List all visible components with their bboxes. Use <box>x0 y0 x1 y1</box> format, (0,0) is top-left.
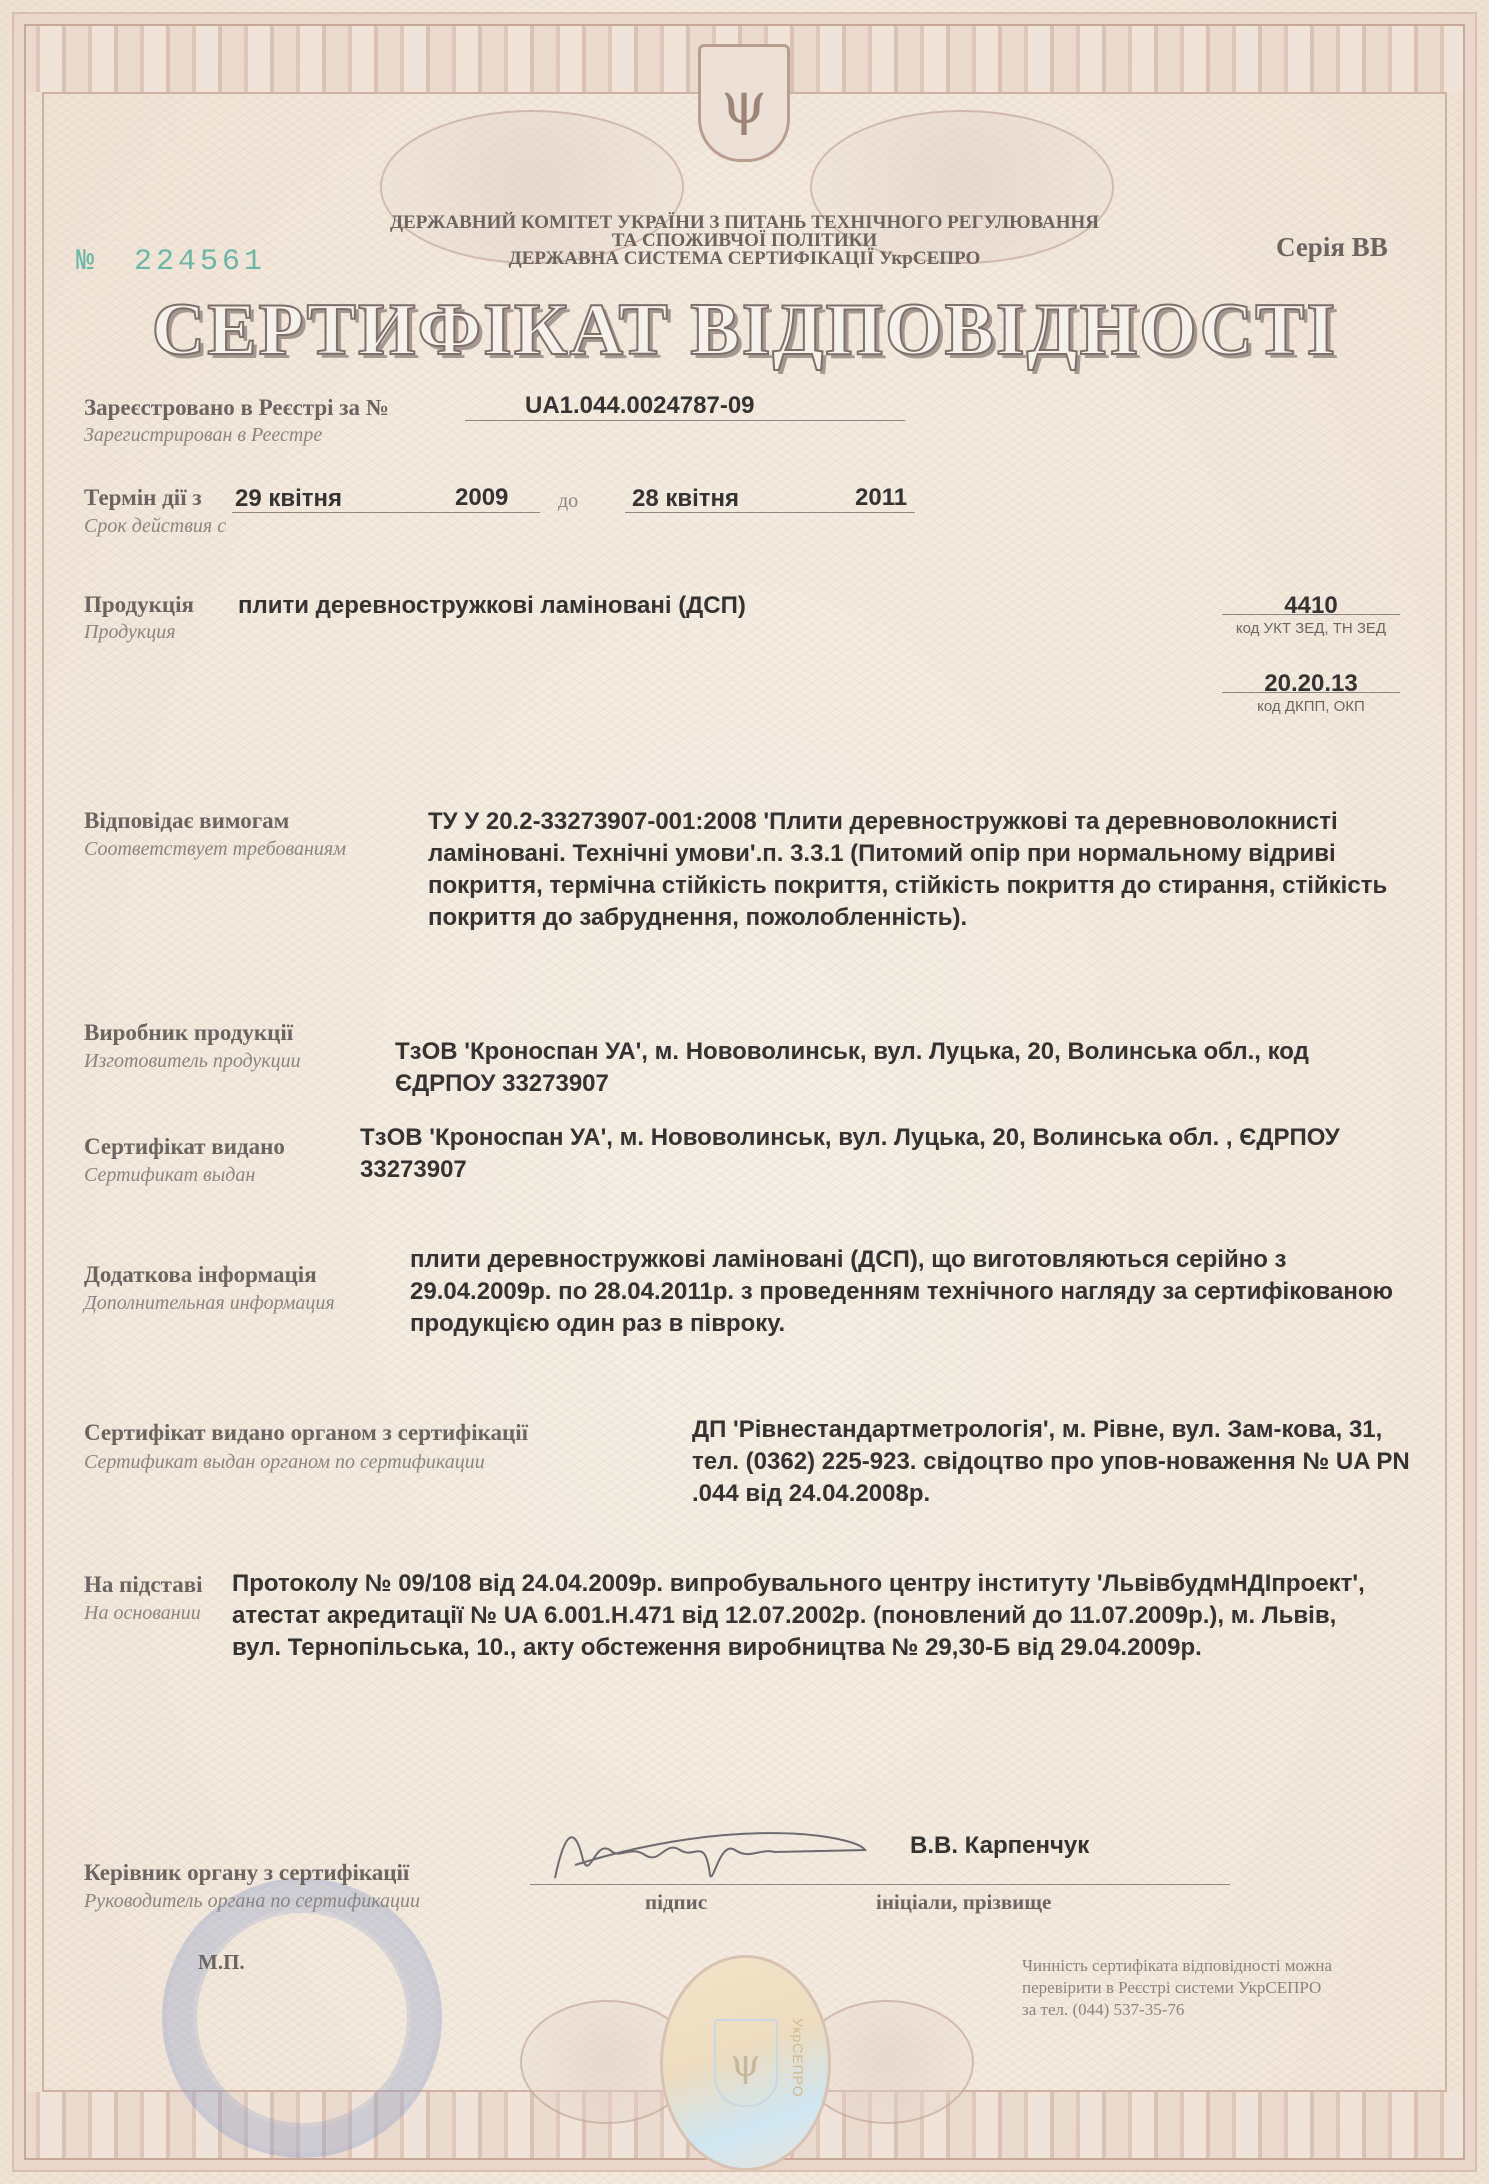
manufacturer-label-ru: Изготовитель продукции <box>84 1050 301 1073</box>
signature-underline <box>530 1884 1230 1885</box>
validity-from-year: 2009 <box>455 484 508 512</box>
signature-caption: підпис <box>645 1890 707 1915</box>
number-value: 224561 <box>134 245 266 279</box>
manufacturer-value: ТзОВ 'Кроноспан УА', м. Нововолинськ, ву… <box>395 1036 1405 1100</box>
validity-from-underline <box>232 512 540 513</box>
requirements-value: ТУ У 20.2-33273907-001:2008 'Плити дерев… <box>428 806 1408 934</box>
handwritten-signature <box>535 1820 875 1890</box>
stamp-place-label: М.П. <box>198 1950 245 1975</box>
issued-to-label: Сертифікат видано <box>84 1134 285 1160</box>
trident-shield-icon: ψ <box>714 2019 778 2107</box>
code-dkpp: 20.20.13 код ДКПП, ОКП <box>1222 670 1400 715</box>
document-title: СЕРТИФІКАТ ВІДПОВІДНОСТІ <box>0 288 1489 373</box>
validity-to-year: 2011 <box>855 484 907 512</box>
issued-to-label-ru: Сертификат выдан <box>84 1164 255 1187</box>
cert-body-label-ru: Сертификат выдан органом по сертификации <box>84 1451 485 1474</box>
certificate-number: № 224561 <box>76 245 266 279</box>
requirements-label-ru: Соответствует требованиям <box>84 838 346 861</box>
verification-note-line-3: за тел. (044) 537-35-76 <box>1022 1999 1184 2021</box>
product-value: плити деревностружкові ламіновані (ДСП) <box>238 592 746 620</box>
registry-label-ru: Зарегистрирован в Реестре <box>84 424 322 447</box>
additional-info-label-ru: Дополнительная информация <box>84 1292 335 1315</box>
validity-label: Термін дії з <box>84 485 202 511</box>
registry-number: UA1.044.0024787-09 <box>525 392 755 420</box>
code-dkpp-caption: код ДКПП, ОКП <box>1222 698 1400 715</box>
official-seal-stamp <box>162 1878 442 2158</box>
product-label-ru: Продукция <box>84 621 176 644</box>
additional-info-value: плити деревностружкові ламіновані (ДСП),… <box>410 1244 1420 1340</box>
cert-body-label: Сертифікат видано органом з сертифікації <box>84 1420 528 1446</box>
code-ukt-zed-value: 4410 <box>1222 592 1400 620</box>
registry-label: Зареєстровано в Реєстрі за № <box>84 395 389 421</box>
trident-coat-of-arms-icon: ψ <box>698 44 790 162</box>
validity-label-ru: Срок действия с <box>84 515 226 538</box>
basis-label-ru: На основании <box>84 1602 201 1625</box>
validity-to-date: 28 квітня <box>632 485 739 513</box>
code-ukt-zed: 4410 код УКТ ЗЕД, ТН ЗЕД <box>1222 592 1400 637</box>
name-caption: ініціали, прізвище <box>876 1890 1051 1915</box>
basis-value: Протоколу № 09/108 від 24.04.2009р. випр… <box>232 1568 1392 1664</box>
requirements-label: Відповідає вимогам <box>84 808 289 834</box>
signature-label: Керівник органу з сертифікації <box>84 1860 409 1886</box>
hologram-text: УкрСЕПРО <box>790 2018 806 2098</box>
verification-note-line-1: Чинність сертифіката відповідності можна <box>1022 1955 1332 1977</box>
product-label: Продукція <box>84 592 194 618</box>
validity-to-underline <box>625 512 915 513</box>
manufacturer-label: Виробник продукції <box>84 1020 293 1046</box>
registry-underline <box>465 420 905 421</box>
additional-info-label: Додаткова інформація <box>84 1262 317 1288</box>
cert-body-value: ДП 'Рівнестандартметрологія', м. Рівне, … <box>692 1414 1412 1510</box>
signature-label-ru: Руководитель органа по сертификации <box>84 1890 420 1913</box>
verification-note-line-2: перевірити в Реєстрі системи УкрСЕПРО <box>1022 1977 1321 1999</box>
code-ukt-zed-caption: код УКТ ЗЕД, ТН ЗЕД <box>1222 620 1400 637</box>
signer-name: В.В. Карпенчук <box>910 1832 1089 1860</box>
issued-to-value: ТзОВ 'Кроноспан УА', м. Нововолинськ, ву… <box>360 1122 1400 1186</box>
basis-label: На підставі <box>84 1572 203 1598</box>
series-label: Серія ВВ <box>1276 232 1388 263</box>
number-prefix: № <box>76 245 98 279</box>
validity-from-date: 29 квітня <box>235 485 342 513</box>
code-dkpp-value: 20.20.13 <box>1222 670 1400 698</box>
validity-to-word: до <box>558 490 578 513</box>
hologram-seal: ψ УкрСЕПРО <box>660 1955 831 2171</box>
